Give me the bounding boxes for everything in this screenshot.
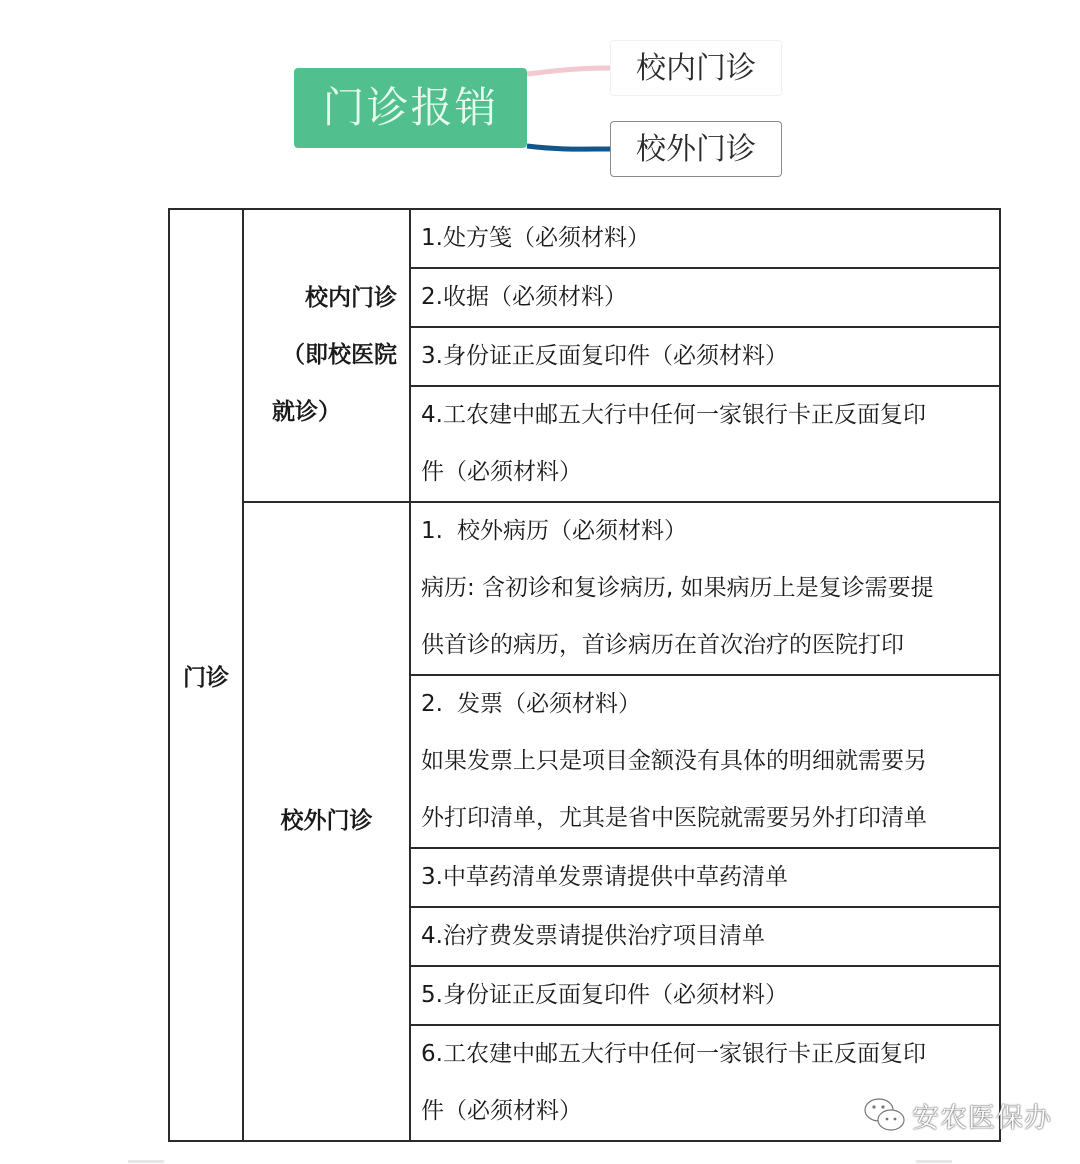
item-text: 4.工农建中邮五大行中任何一家银行卡正反面复印 — [421, 387, 993, 444]
list-item: 4.工农建中邮五大行中任何一家银行卡正反面复印 件（必须材料） — [410, 386, 1000, 502]
item-text: 6.工农建中邮五大行中任何一家银行卡正反面复印 — [421, 1026, 993, 1083]
item-heading: 2.发票（必须材料） — [421, 676, 993, 733]
category-cell: 门诊 — [169, 209, 243, 1141]
item-text: 如果发票上只是项目金额没有具体的明细就需要另 — [421, 733, 993, 790]
child-node-campus-clinic: 校内门诊 — [610, 40, 782, 96]
list-item: 3.中草药清单发票请提供中草药清单 — [410, 848, 1000, 907]
category-label: 门诊 — [183, 665, 229, 691]
list-item: 1.处方笺（必须材料） — [410, 209, 1000, 268]
item-text: 3.中草药清单发票请提供中草药清单 — [421, 849, 993, 906]
list-item: 3.身份证正反面复印件（必须材料） — [410, 327, 1000, 386]
section-title-off-campus: 校外门诊 — [243, 502, 410, 1141]
item-head-text: 发票（必须材料） — [457, 691, 641, 717]
watermark: 安农医保办 — [862, 1095, 1052, 1135]
item-text: 5.身份证正反面复印件（必须材料） — [421, 967, 993, 1024]
root-node-outpatient-reimbursement: 门诊报销 — [294, 68, 527, 148]
list-item: 5.身份证正反面复印件（必须材料） — [410, 966, 1000, 1025]
section-title-line: 校外门诊 — [244, 793, 409, 850]
item-text: 2.收据（必须材料） — [421, 269, 993, 326]
list-item: 1.校外病历（必须材料） 病历: 含初诊和复诊病历, 如果病历上是复诊需要提 供… — [410, 502, 1000, 675]
section-title-line: 就诊） — [244, 384, 397, 441]
item-head-text: 校外病历（必须材料） — [457, 518, 687, 544]
child-node-off-campus-clinic: 校外门诊 — [610, 121, 782, 177]
mind-map-connectors — [0, 0, 1080, 200]
watermark-text: 安农医保办 — [912, 1096, 1052, 1135]
item-heading: 1.校外病历（必须材料） — [421, 503, 993, 560]
section-title-line: 校内门诊 — [244, 270, 397, 327]
section-title-campus: 校内门诊 （即校医院 就诊） — [243, 209, 410, 502]
item-text: 供首诊的病历，首诊病历在首次治疗的医院打印 — [421, 617, 993, 674]
item-text: 1.处方笺（必须材料） — [421, 210, 993, 267]
item-text: 病历: 含初诊和复诊病历, 如果病历上是复诊需要提 — [421, 560, 993, 617]
item-text: 3.身份证正反面复印件（必须材料） — [421, 328, 993, 385]
mind-map: 门诊报销 校内门诊 校外门诊 — [0, 0, 1080, 200]
list-item: 2.收据（必须材料） — [410, 268, 1000, 327]
item-number: 1. — [421, 503, 457, 560]
bottom-edge-mark — [128, 1160, 164, 1163]
item-text: 外打印清单，尤其是省中医院就需要另外打印清单 — [421, 790, 993, 847]
item-text: 件（必须材料） — [421, 444, 993, 501]
connector-inner — [527, 68, 610, 74]
connector-outer — [527, 146, 610, 149]
table-row: 门诊 校内门诊 （即校医院 就诊） 1.处方笺（必须材料） — [169, 209, 1000, 268]
requirements-table: 门诊 校内门诊 （即校医院 就诊） 1.处方笺（必须材料） 2.收据（必须材料）… — [168, 208, 1001, 1142]
section-title-line: （即校医院 — [244, 327, 397, 384]
table-row: 校外门诊 1.校外病历（必须材料） 病历: 含初诊和复诊病历, 如果病历上是复诊… — [169, 502, 1000, 675]
list-item: 2.发票（必须材料） 如果发票上只是项目金额没有具体的明细就需要另 外打印清单，… — [410, 675, 1000, 848]
list-item: 4.治疗费发票请提供治疗项目清单 — [410, 907, 1000, 966]
wechat-icon — [862, 1095, 908, 1135]
item-number: 2. — [421, 676, 457, 733]
bottom-edge-mark — [916, 1160, 952, 1163]
item-text: 4.治疗费发票请提供治疗项目清单 — [421, 908, 993, 965]
